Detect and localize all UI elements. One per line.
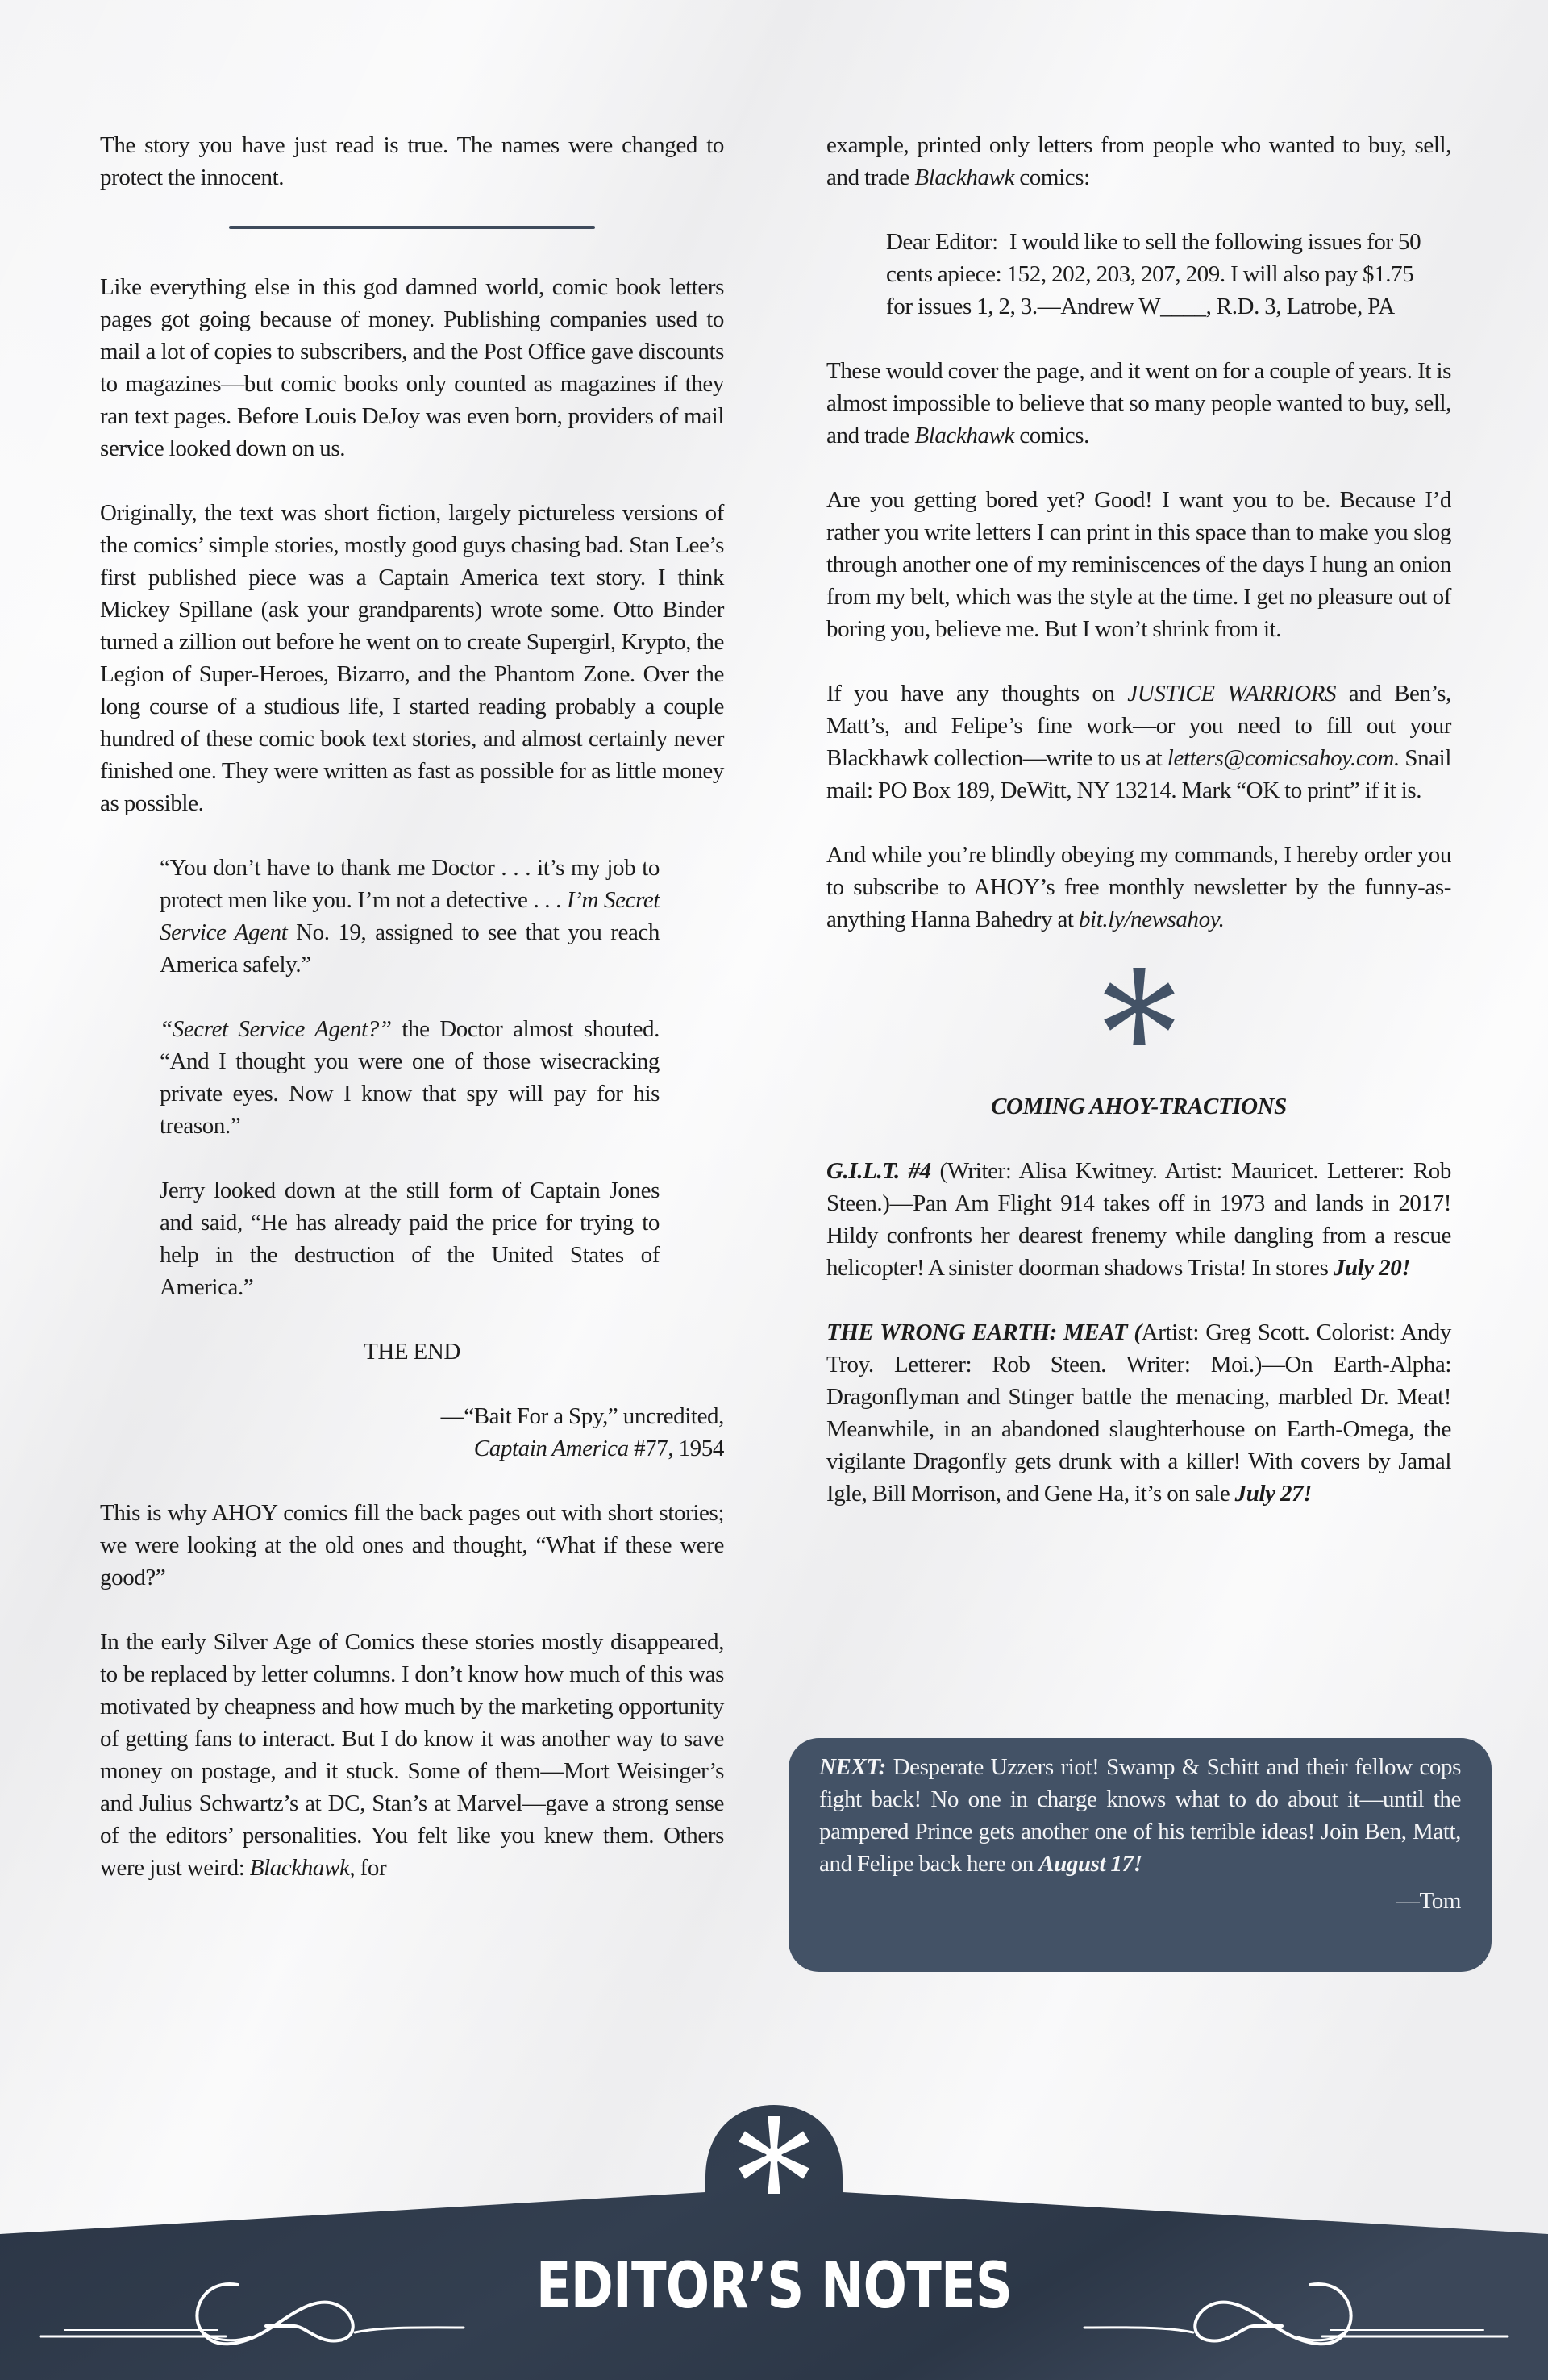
- newsletter-link[interactable]: bit.ly/newsahoy.: [1079, 907, 1224, 932]
- paragraph-cover-page: These would cover the page, and it went …: [826, 355, 1451, 452]
- editor-signature: —Tom: [819, 1885, 1461, 1917]
- asterisk-icon-svg: [1101, 968, 1178, 1045]
- gilt-listing: G.I.L.T. #4 (Writer: Alisa Kwitney. Arti…: [826, 1155, 1451, 1284]
- paragraph-newsletter: And while you’re blindly obeying my comm…: [826, 839, 1451, 936]
- email-link[interactable]: letters@comicsahoy.com.: [1167, 745, 1400, 771]
- paragraph-bored: Are you getting bored yet? Good! I want …: [826, 484, 1451, 645]
- editors-notes-banner: [0, 2097, 1548, 2380]
- right-column: example, printed only letters from peopl…: [826, 129, 1451, 1542]
- sample-letter: Dear Editor: I would like to sell the fo…: [886, 226, 1443, 323]
- quoted-excerpt-2: “Secret Service Agent?” the Doctor almos…: [160, 1013, 660, 1142]
- quoted-excerpt-3: Jerry looked down at the still form of C…: [160, 1174, 660, 1303]
- quoted-excerpt-1: “You don’t have to thank me Doctor . . .…: [160, 852, 660, 981]
- story-attribution: —“Bait For a Spy,” uncredited,Captain Am…: [100, 1400, 724, 1465]
- paragraph-ahoy-back-pages: This is why AHOY comics fill the back pa…: [100, 1497, 724, 1594]
- asterisk-icon: [826, 968, 1451, 1045]
- paragraph-silver-age: In the early Silver Age of Comics these …: [100, 1626, 724, 1884]
- next-issue-text: NEXT: Desperate Uzzers riot! Swamp & Sch…: [819, 1751, 1461, 1880]
- editors-notes-title: EDITOR’S NOTES: [139, 2250, 1409, 2323]
- next-issue-callout: NEXT: Desperate Uzzers riot! Swamp & Sch…: [789, 1738, 1492, 1972]
- section-divider: [229, 226, 595, 229]
- intro-paragraph: The story you have just read is true. Th…: [100, 129, 724, 194]
- paragraph-text-stories: Originally, the text was short fiction, …: [100, 497, 724, 819]
- coming-attractions-heading: COMING AHOY-TRACTIONS: [826, 1090, 1451, 1123]
- paragraph-money: Like everything else in this god damned …: [100, 271, 724, 465]
- paragraph-blackhawk-example: example, printed only letters from peopl…: [826, 129, 1451, 194]
- wrong-earth-listing: THE WRONG EARTH: MEAT (Artist: Greg Scot…: [826, 1316, 1451, 1510]
- paragraph-write-to-us: If you have any thoughts on JUSTICE WARR…: [826, 677, 1451, 807]
- the-end-label: THE END: [100, 1336, 724, 1368]
- left-column: The story you have just read is true. Th…: [100, 129, 724, 1916]
